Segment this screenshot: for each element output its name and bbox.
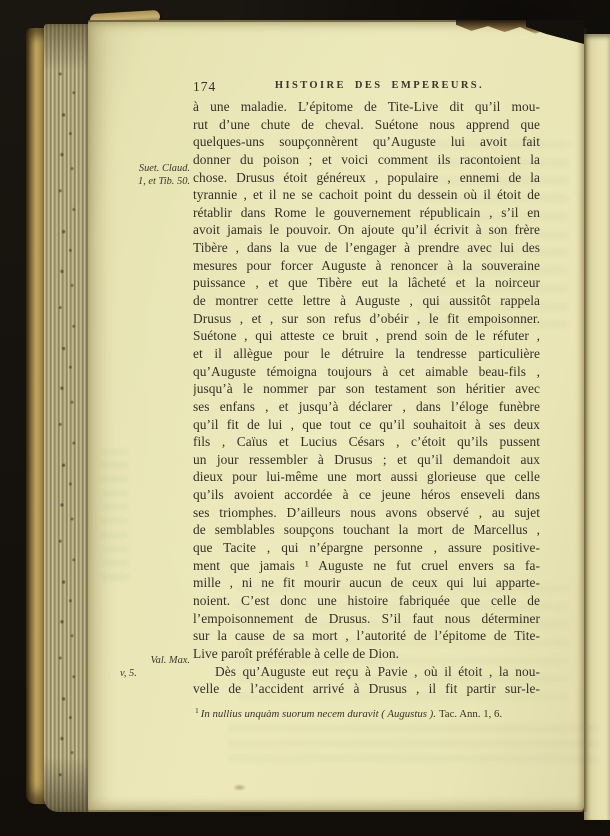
footnote-reference: Tac. Ann. 1, 6. [439, 708, 502, 720]
margin-note-line: v, 5. [116, 667, 190, 680]
paper-stain [233, 784, 246, 791]
text-line: velle de l’accident arrivé à Drusus , il… [193, 680, 540, 698]
text-line: noient. C’est donc une histoire fabriqué… [193, 592, 540, 610]
text-line: tyrannie , et il ne se cachoit point du … [193, 186, 540, 204]
text-line: à une maladie. L’épitome de Tite-Live di… [193, 98, 540, 116]
text-line: Drusus , et , sur son refus d’obéir , le… [193, 310, 540, 328]
text-line: ses triomphes. D’ailleurs nous avons obs… [193, 504, 540, 522]
text-line: rétablir dans Rome le gouvernement répub… [193, 204, 540, 222]
text-line: un jour ressembler à Drusus ; et qu’il d… [193, 451, 540, 469]
text-line: sur la cause de sa mort , l’autorité de … [193, 627, 540, 645]
text-line: mesures pour forcer Auguste à renoncer à… [193, 257, 540, 275]
margin-note-line: Val. Max. [116, 654, 190, 667]
text-line: qu’Auguste témoigna toujours à cet aimab… [193, 363, 540, 381]
text-line: mille , ni ne fit mourir aucun de ceux q… [193, 574, 540, 592]
text-line: Live paroît préférable à celle de Dion. [193, 645, 540, 663]
text-line: ment que jamais ¹ Auguste ne fut cruel e… [193, 557, 540, 575]
margin-note-line: Suet. Claud. [116, 162, 190, 175]
text-line: de semblables soupçons touchant la mort … [193, 521, 540, 539]
book-page: 174 HISTOIRE DES EMPEREURS. Suet. Claud.… [88, 20, 584, 812]
text-line: rut d’une chute de cheval. Suétone nous … [193, 116, 540, 134]
text-line: quelques-uns soupçonnèrent qu’Auguste lu… [193, 133, 540, 151]
ink-showthrough [228, 718, 598, 762]
text-line: l’empoisonnement de Drusus. S’il faut no… [193, 610, 540, 628]
page-number: 174 [193, 79, 216, 95]
margin-note-line: 1, et Tib. 50. [116, 175, 190, 188]
ink-showthrough [102, 450, 128, 580]
footnote-marker: 1 [195, 706, 199, 715]
text-line: fils , Caïus et Lucius Césars , c’étoit … [193, 433, 540, 451]
margin-note-suetonius: Suet. Claud. 1, et Tib. 50. [116, 162, 190, 188]
text-line: jusqu’à le nommer par son testament son … [193, 380, 540, 398]
text-line: Tibère , dans la vue de l’engager à pren… [193, 239, 540, 257]
body-text: à une maladie. L’épitome de Tite-Live di… [193, 98, 540, 698]
text-line: puissance , et que Tibère eut la lâcheté… [193, 274, 540, 292]
margin-note-valerius: Val. Max. v, 5. [116, 654, 190, 680]
text-line: qu’il fit de lui , que tout ce qu’il sou… [193, 416, 540, 434]
text-line: avoit jamais le pouvoir. On ajoute qu’il… [193, 221, 540, 239]
text-line: ses enfans , et jusqu’à déclarer , dans … [193, 398, 540, 416]
text-line: dieux pour lui-même une mort aussi glori… [193, 468, 540, 486]
text-line: chose. Drusus étoit généreux , populaire… [193, 169, 540, 187]
text-line: Dès qu’Auguste eut reçu à Pavie , où il … [193, 663, 540, 681]
page-header: 174 HISTOIRE DES EMPEREURS. [193, 79, 540, 95]
book-photo: 174 HISTOIRE DES EMPEREURS. Suet. Claud.… [0, 0, 610, 836]
running-title: HISTOIRE DES EMPEREURS. [219, 80, 540, 91]
text-line: qu’ils avoient accordée à ce jeune héros… [193, 486, 540, 504]
text-line: de montrer cette lettre à Auguste , qui … [193, 292, 540, 310]
footnote-latin-quote: In nullius unquàm suorum necem duravit (… [201, 708, 436, 720]
text-line: et il allègue pour le détruire la tendre… [193, 345, 540, 363]
text-line: Suétone , qui atteste ce bruit , prend s… [193, 327, 540, 345]
footnote: 1In nullius unquàm suorum necem duravit … [195, 706, 540, 720]
text-line: que Tacite , qui n’épargne personne , as… [193, 539, 540, 557]
text-line: donner du poison ; et voici comment ils … [193, 151, 540, 169]
page-edges-texture [50, 60, 84, 790]
